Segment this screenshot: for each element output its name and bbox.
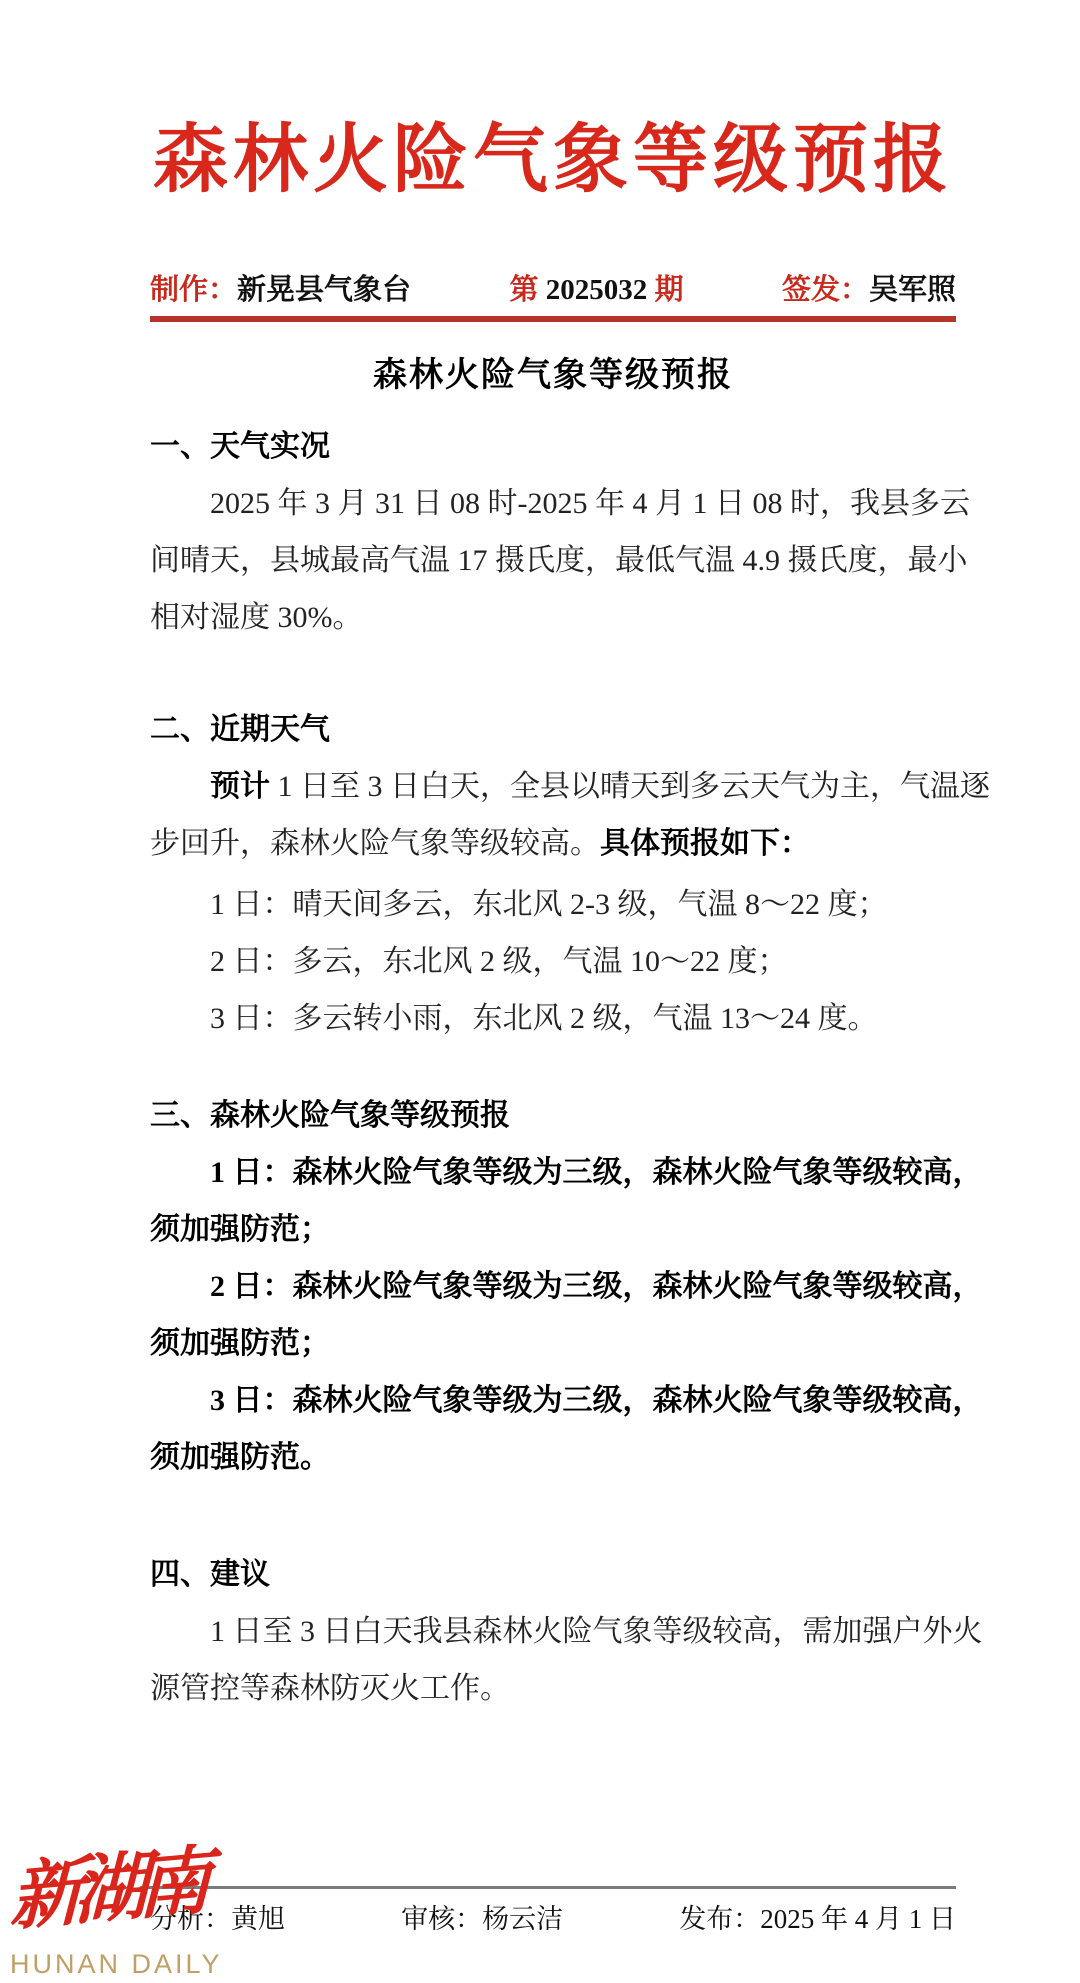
- fire-level-line: 3 日：森林火险气象等级为三级，森林火险气象等级较高，: [150, 1372, 956, 1429]
- intro-line1-rest: 1 日至 3 日白天，全县以晴天到多云天气为主，气温逐: [270, 770, 990, 803]
- section1-paragraph-line: 相对湿度 30%。: [150, 589, 956, 646]
- signer-label: 签发：: [782, 274, 869, 306]
- document-content: 森林火险气象等级预报 制作：新晃县气象台 第 2025032 期 签发：吴军照 …: [150, 0, 956, 1717]
- publish-label: 发布：: [679, 1904, 760, 1934]
- section4-paragraph-line: 源管控等森林防灭火工作。: [150, 1660, 956, 1717]
- meta-producer: 制作：新晃县气象台: [150, 272, 411, 308]
- section2-intro-line: 步回升，森林火险气象等级较高。具体预报如下：: [150, 815, 956, 872]
- publish-value: 2025 年 4 月 1 日: [760, 1904, 956, 1934]
- producer-label: 制作：: [150, 274, 237, 306]
- section1-paragraph-line: 间晴天，县城最高气温 17 摄氏度，最低气温 4.9 摄氏度，最小: [150, 532, 956, 589]
- section1-heading: 一、天气实况: [150, 418, 956, 475]
- section3-heading: 三、森林火险气象等级预报: [150, 1087, 956, 1144]
- intro-line2-plain: 步回升，森林火险气象等级较高。: [150, 827, 600, 860]
- fire-level-line: 须加强防范。: [150, 1429, 956, 1486]
- signer-value: 吴军照: [869, 274, 956, 306]
- forecast-day-line: 1 日：晴天间多云，东北风 2-3 级，气温 8～22 度；: [150, 876, 956, 933]
- fire-level-line: 2 日：森林火险气象等级为三级，森林火险气象等级较高，: [150, 1258, 956, 1315]
- section4-paragraph-line: 1 日至 3 日白天我县森林火险气象等级较高，需加强户外火: [150, 1603, 956, 1660]
- footer-reviewer: 审核：杨云洁: [401, 1899, 563, 1939]
- issue-number: 2025032: [539, 274, 655, 306]
- issue-suffix: 期: [655, 274, 684, 306]
- footer-row: 分析：黄旭 审核：杨云洁 发布：2025 年 4 月 1 日: [150, 1899, 956, 1939]
- fire-level-line: 须加强防范；: [150, 1201, 956, 1258]
- section2-forecast-list: 1 日：晴天间多云，东北风 2-3 级，气温 8～22 度； 2 日：多云，东北…: [150, 876, 956, 1047]
- section1-paragraph-line: 2025 年 3 月 31 日 08 时-2025 年 4 月 1 日 08 时…: [150, 475, 956, 532]
- doc-subtitle: 森林火险气象等级预报: [150, 354, 956, 398]
- producer-value: 新晃县气象台: [237, 274, 411, 306]
- meta-row: 制作：新晃县气象台 第 2025032 期 签发：吴军照: [150, 272, 956, 308]
- meta-issue: 第 2025032 期: [509, 272, 683, 308]
- reviewer-label: 审核：: [401, 1904, 482, 1934]
- header-divider: [150, 316, 956, 322]
- meta-signer: 签发：吴军照: [782, 272, 956, 308]
- hunan-daily-logo-english: HUNAN DAILY: [10, 1951, 240, 1978]
- fire-level-line: 1 日：森林火险气象等级为三级，森林火险气象等级较高，: [150, 1144, 956, 1201]
- banner-title: 森林火险气象等级预报: [150, 118, 956, 204]
- footer-publish: 发布：2025 年 4 月 1 日: [679, 1899, 956, 1939]
- document-page: 森林火险气象等级预报 制作：新晃县气象台 第 2025032 期 签发：吴军照 …: [0, 0, 1080, 1983]
- section4-heading: 四、建议: [150, 1546, 956, 1603]
- issue-prefix: 第: [509, 274, 538, 306]
- footer-divider: [140, 1886, 956, 1889]
- hunan-daily-logo: 新湖南 HUNAN DAILY: [10, 1858, 240, 1978]
- forecast-day-line: 2 日：多云，东北风 2 级，气温 10～22 度；: [150, 933, 956, 990]
- section2-heading: 二、近期天气: [150, 701, 956, 758]
- fire-level-line: 须加强防范；: [150, 1315, 956, 1372]
- intro-lead-bold: 预计: [210, 770, 270, 803]
- section2-intro-line: 预计 1 日至 3 日白天，全县以晴天到多云天气为主，气温逐: [150, 758, 956, 815]
- forecast-day-line: 3 日：多云转小雨，东北风 2 级，气温 13～24 度。: [150, 990, 956, 1047]
- hunan-daily-logo-chinese: 新湖南: [9, 1838, 240, 1939]
- reviewer-value: 杨云洁: [482, 1904, 563, 1934]
- intro-line2-bold: 具体预报如下：: [600, 827, 810, 860]
